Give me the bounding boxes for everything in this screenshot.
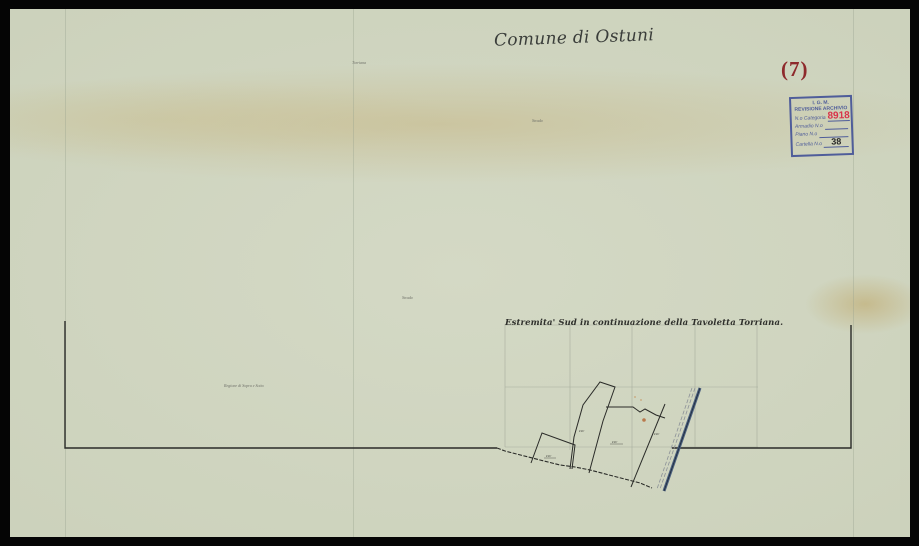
frame-outline: [65, 321, 851, 448]
inset-caption: Estremita' Sud in continuazione della Ta…: [505, 318, 783, 328]
stamp-row-cartella: Cartella N.o 38: [795, 137, 848, 149]
railway-line: [657, 388, 700, 491]
faint-place-label: Regione di Sopra e Sotto: [224, 383, 264, 388]
parcel-labels: ccc ccc ccc ccc: [546, 428, 660, 458]
parcels: [531, 382, 665, 487]
faint-place-label: Strada: [532, 118, 543, 123]
southern-boundary: [497, 448, 652, 488]
svg-text:ccc: ccc: [579, 428, 585, 433]
archive-stamp: I. G. M. REVISIONE ARCHIVIO N.o Categori…: [789, 95, 854, 157]
svg-text:ccc: ccc: [612, 439, 618, 444]
stamp-categoria-value: 8918: [827, 111, 850, 122]
svg-text:ccc: ccc: [546, 453, 552, 458]
rust-stain: [642, 418, 646, 422]
faint-place-label: Torriana: [352, 60, 366, 65]
svg-text:ccc: ccc: [654, 431, 660, 436]
sheet-number: (7): [781, 57, 809, 82]
stamp-cartella-value: 38: [824, 137, 849, 148]
faint-place-label: Strada: [402, 295, 413, 300]
inset-grid: [505, 325, 758, 480]
